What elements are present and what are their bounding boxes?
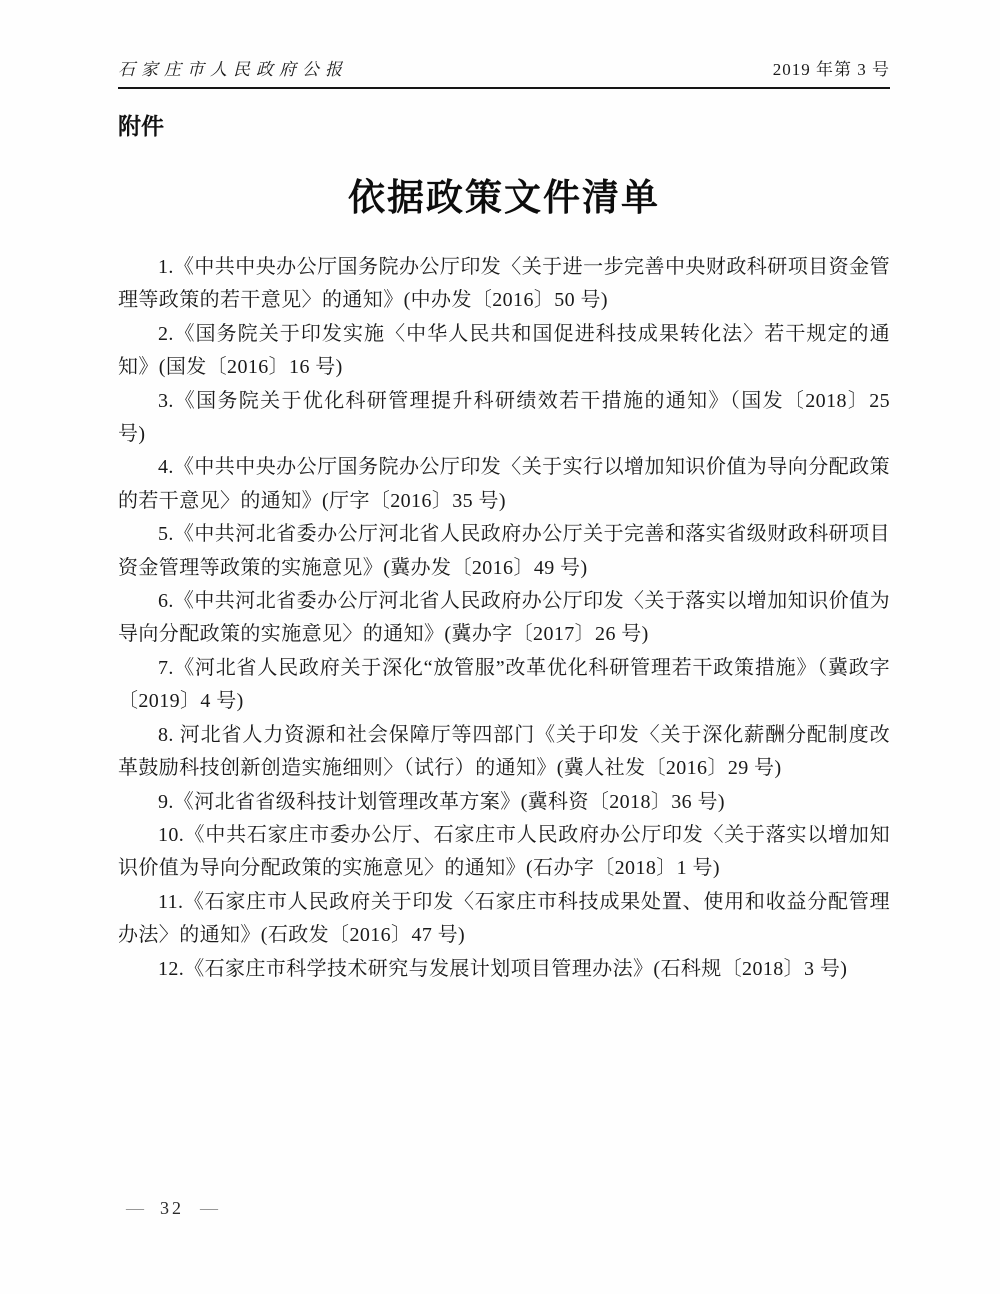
list-item: 6.《中共河北省委办公厅河北省人民政府办公厅印发〈关于落实以增加知识价值为导向分…	[118, 585, 890, 652]
list-item: 4.《中共中央办公厅国务院办公厅印发〈关于实行以增加知识价值为导向分配政策的若干…	[118, 451, 890, 518]
list-item: 2.《国务院关于印发实施〈中华人民共和国促进科技成果转化法〉若干规定的通知》(国…	[118, 318, 890, 385]
list-item: 1.《中共中央办公厅国务院办公厅印发〈关于进一步完善中央财政科研项目资金管理等政…	[118, 251, 890, 318]
list-item: 8. 河北省人力资源和社会保障厅等四部门《关于印发〈关于深化薪酬分配制度改革鼓励…	[118, 719, 890, 786]
page-number: 32	[160, 1198, 184, 1218]
gazette-page: 石家庄市人民政府公报 2019 年第 3 号 附件 依据政策文件清单 1.《中共…	[0, 0, 1000, 1294]
page-footer: —32—	[126, 1198, 218, 1219]
document-title: 依据政策文件清单	[118, 167, 890, 221]
list-item: 11.《石家庄市人民政府关于印发〈石家庄市科技成果处置、使用和收益分配管理办法〉…	[118, 886, 890, 953]
header-divider	[118, 87, 890, 89]
list-item: 10.《中共石家庄市委办公厅、石家庄市人民政府办公厅印发〈关于落实以增加知识价值…	[118, 819, 890, 886]
list-item: 12.《石家庄市科学技术研究与发展计划项目管理办法》(石科规〔2018〕3 号)	[118, 953, 890, 986]
footer-dash-right: —	[200, 1198, 218, 1218]
list-item: 9.《河北省省级科技计划管理改革方案》(冀科资〔2018〕36 号)	[118, 786, 890, 819]
policy-list: 1.《中共中央办公厅国务院办公厅印发〈关于进一步完善中央财政科研项目资金管理等政…	[118, 251, 890, 986]
issue-number: 2019 年第 3 号	[773, 55, 890, 80]
list-item: 5.《中共河北省委办公厅河北省人民政府办公厅关于完善和落实省级财政科研项目资金管…	[118, 518, 890, 585]
page-header: 石家庄市人民政府公报 2019 年第 3 号	[118, 55, 890, 80]
list-item: 7.《河北省人民政府关于深化“放管服”改革优化科研管理若干政策措施》（冀政字〔2…	[118, 652, 890, 719]
footer-dash-left: —	[126, 1198, 144, 1218]
gazette-title: 石家庄市人民政府公报	[118, 55, 348, 80]
list-item: 3.《国务院关于优化科研管理提升科研绩效若干措施的通知》（国发〔2018〕25 …	[118, 385, 890, 452]
attachment-label: 附件	[118, 108, 890, 141]
